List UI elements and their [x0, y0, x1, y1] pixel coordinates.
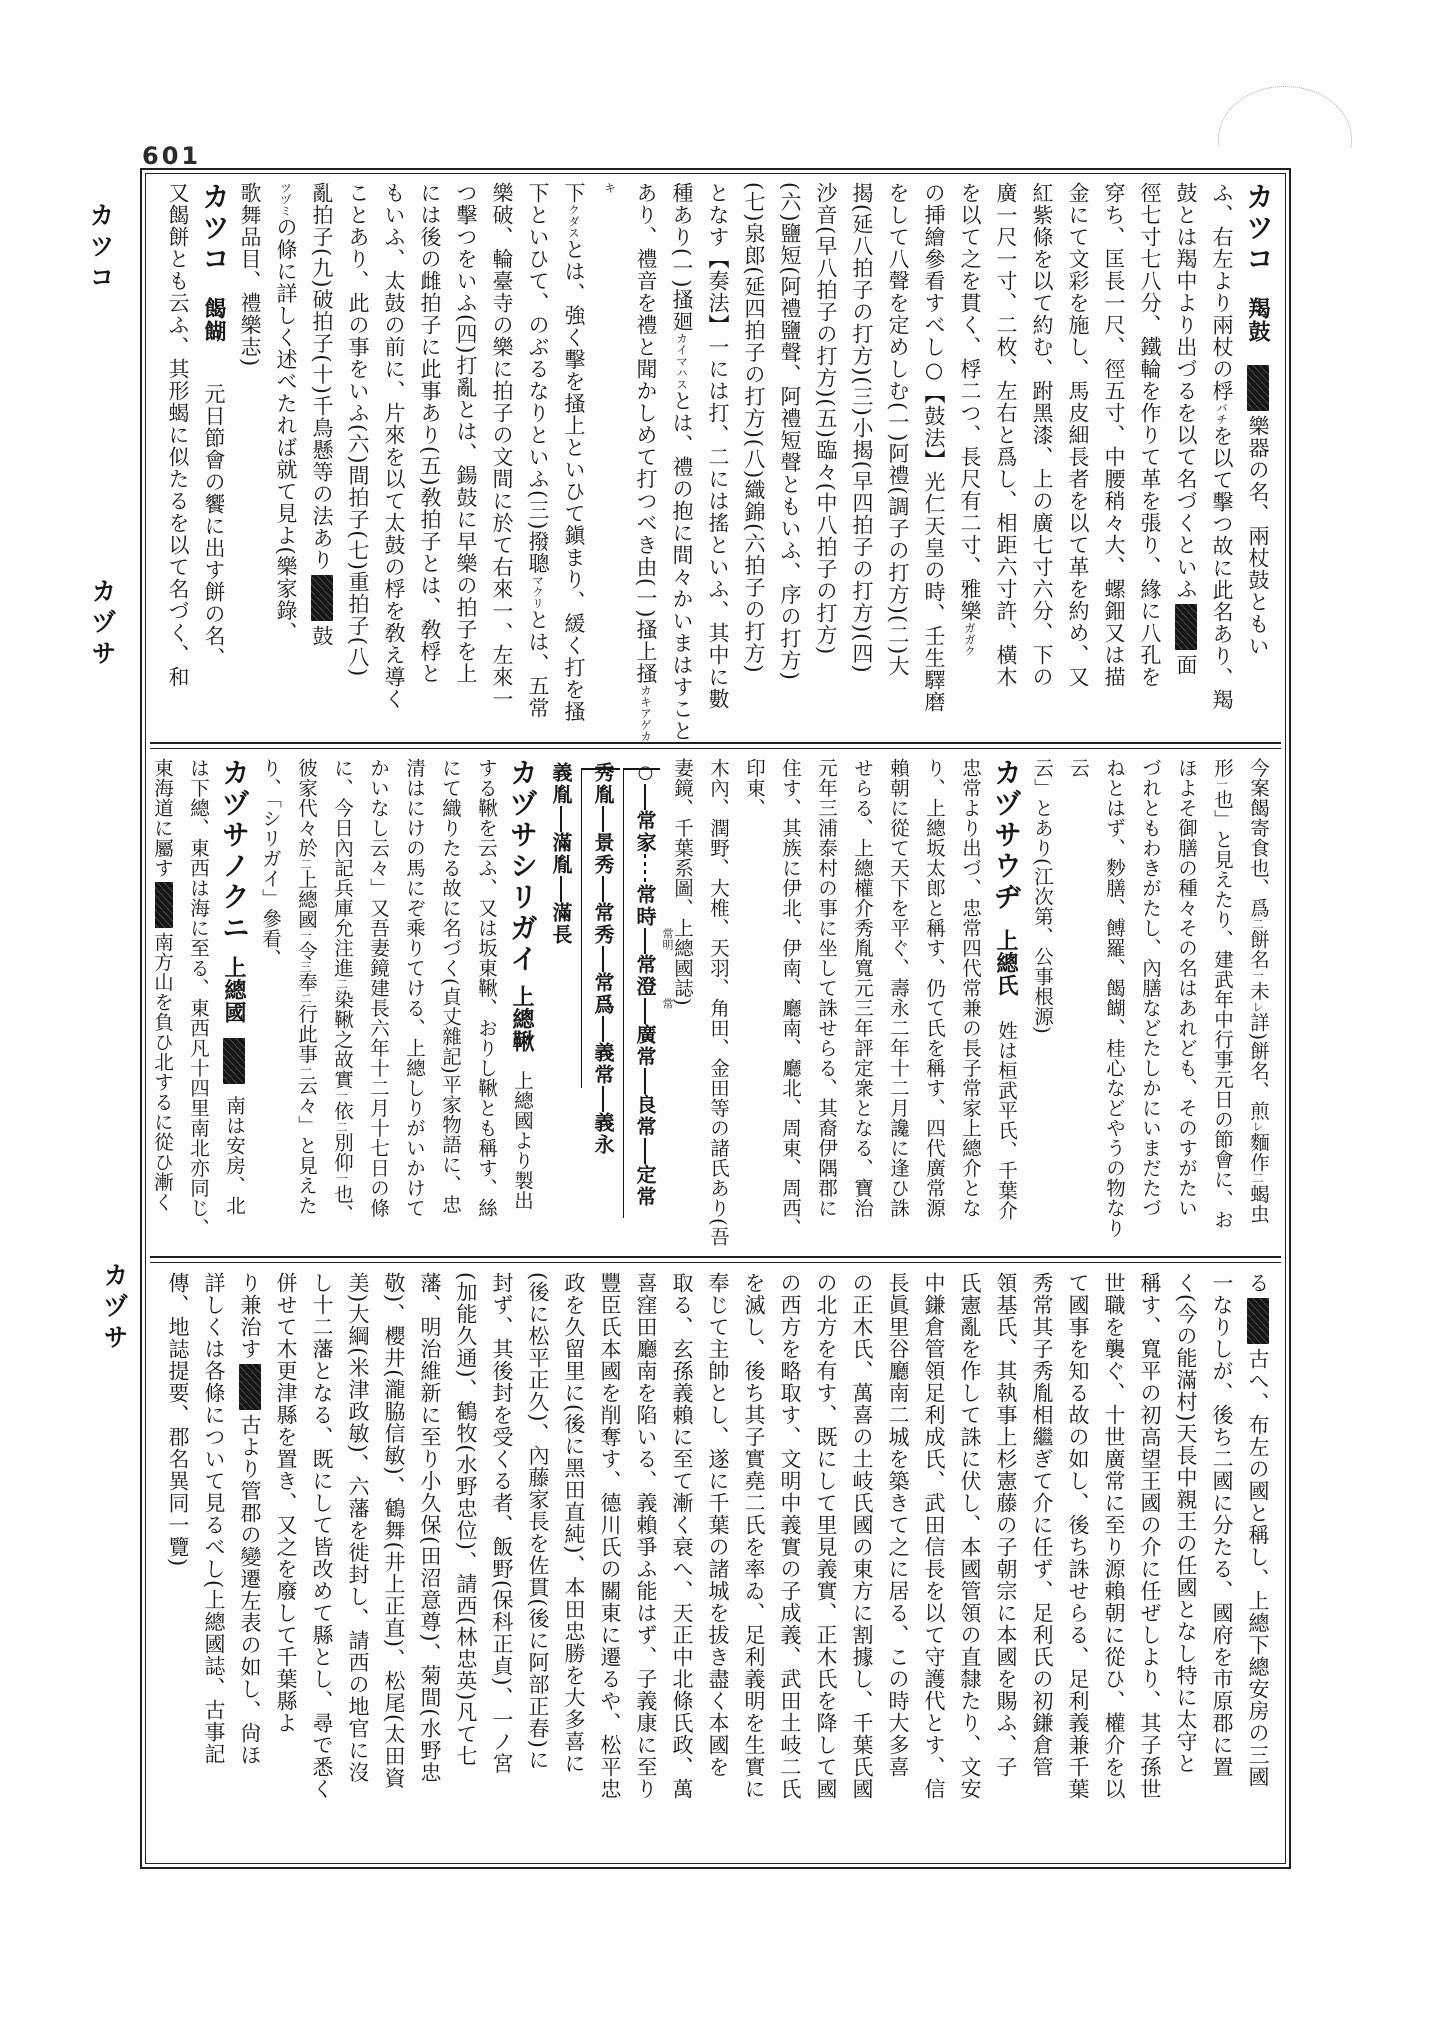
text-column: 取る、玄孫義賴に至て漸く衰へ、天正中北條氏政、萬 [664, 1272, 700, 1854]
ruby-text: ガガク [963, 622, 977, 657]
body-text: 住す、其族に伊北、伊南、廳南、廳北、周東、周西、印東、 [743, 758, 802, 1238]
body-text: 樂器の名、兩杖鼓ともい [1246, 415, 1270, 657]
text-column: 歌舞品目、禮樂志) [232, 182, 268, 742]
body-text: る [1246, 1272, 1270, 1294]
body-text: かいなし云々」又吾妻鏡建長六年十二月十七日の條 [367, 758, 390, 1218]
scanned-dictionary-page: 601 カツコ カヅサ カヅサ カツコ羯鼓樂器の名、兩杖鼓ともいふ、右左より兩杖… [0, 0, 1440, 2023]
ruby-text: レ [1251, 1121, 1265, 1133]
body-text: 上總國より製出 [511, 1071, 534, 1211]
headword-kana: カツコ [198, 182, 231, 275]
inverted-reference-box [239, 1364, 261, 1410]
text-column: 又餲餅とも云ふ、其形蝎に似たるを以て名づく、和 [160, 182, 196, 742]
inverted-reference-box [155, 882, 173, 928]
body-text: 徑七寸七八分、鐵輪を作りて革を張り、緣に八孔を [1138, 182, 1162, 688]
genealogy-name: 常秀 [585, 902, 621, 946]
text-column: (七)泉郎(延四拍子の打方)(八)織錦(六拍子の打方) [736, 182, 772, 742]
ruby-text: カイマハス [675, 332, 689, 390]
text-column: ○常家常時常明常澄常廣常良常定常秀胤景秀常秀常爲義常義永義胤滿胤滿長 [540, 758, 664, 1254]
ruby-text: 二 [299, 858, 313, 870]
body-text: 豐臣氏本國を削奪す、德川氏の關東に遷るや、松平忠 [598, 1272, 622, 1800]
genealogy-name: 良常 [627, 1094, 663, 1138]
spacer [1005, 913, 1007, 929]
body-text: 南は安房、北 [223, 1096, 246, 1216]
body-text: の北方を有す、既にして里見義實、正木氏を降して國 [814, 1272, 838, 1800]
genealogy-connector-line [602, 1086, 604, 1112]
body-text: (七)泉郎(延四拍子の打方)(八)織錦(六拍子の打方) [742, 182, 766, 674]
headword-kanji: 餲餬 [201, 297, 227, 343]
body-text: 藩、明治維新に至り小久保(田沼意尊)、菊間(水野忠 [418, 1272, 442, 1784]
text-column: は下總、東西は海に至る、東西凡十四里南北亦同じ、 [180, 758, 216, 1254]
ruby-text: 二 [335, 1121, 349, 1133]
text-column: り、「シリガイ」參看、 [252, 758, 288, 1254]
body-text: 傳、地誌提要、郡名異同一覽) [166, 1272, 190, 1567]
genealogy-name: 義永 [585, 1112, 621, 1156]
genealogy-name: 景秀 [585, 832, 621, 876]
genealogy-name: 常時 [627, 884, 663, 928]
genealogy-connector-line [560, 806, 562, 832]
text-column: あり、禮音を禮と聞かしめて打つべき由(一)搔上搔カキアゲカキ [592, 182, 664, 742]
headword-kana: カヅサウヂ [990, 758, 1023, 913]
body-text: の條に詳しく述べたれば就て見よ(樂家錄、 [274, 217, 298, 644]
text-column: ねとはず、麨膳、餺羅、餲餬、桂心などやうの物なり云 [1060, 758, 1132, 1254]
genealogy-note: 常明 [649, 928, 685, 950]
ruby-text: クダス [567, 204, 581, 239]
headword-kanji: 上總鞦 [509, 985, 535, 1053]
ruby-text: 一 [1215, 778, 1229, 790]
body-text: 今案餲寄食也、爲 [1247, 758, 1270, 918]
text-column: (加能久通)、鶴牧(水野忠位)、請西(林忠英)凡て七 [448, 1272, 484, 1854]
text-column: 徑七寸七八分、鐵輪を作りて革を張り、緣に八孔を [1132, 182, 1168, 742]
text-column: をして八聲を定めしむ(一)阿禮(調子の打方)(二)大 [880, 182, 916, 742]
body-text: 中鎌倉管領足利成氏、武田信長を以て守護代とす、信 [922, 1272, 946, 1800]
body-text: は下總、東西は海に至る、東西凡十四里南北亦同じ、 [187, 758, 210, 1238]
text-column: 賴朝に從て天下を平ぐ、壽永二年十二月讒に逢ひ誅 [880, 758, 916, 1254]
text-column: り兼治す古より管郡の變遷左表の如し、尙ほ [232, 1272, 268, 1854]
body-text: 東海道に屬す [155, 758, 174, 878]
body-text: 也」と見えたり、建武年中行事元日の節會に、お [1211, 790, 1234, 1230]
text-column: 鼓とは羯中より出づるを以て名づくといふ面 [1168, 182, 1204, 742]
inverted-reference-box [311, 575, 333, 621]
text-column: 豐臣氏本國を削奪す、德川氏の關東に遷るや、松平忠 [592, 1272, 628, 1854]
text-column: 清はにけの馬にぞ乘りてける、上總しりがいかけて [396, 758, 432, 1254]
genealogy-start-mark: ○ [628, 762, 662, 784]
text-band-middle: 今案餲寄食也、爲二餅名一未レ詳)餅名、煎レ麵作二蝎虫形一也」と見えたり、建武年中… [155, 752, 1276, 1254]
ruby-text: 二 [335, 978, 349, 990]
body-text: 姓は桓武平氏、千葉介 [995, 1021, 1018, 1221]
text-column: 下といひて、のぶるなりといふ(三)撥聰マクリとは、五常 [520, 182, 556, 742]
body-text: 廣一尺一寸、二枚、左右と爲し、相距六寸許、橫木 [994, 182, 1018, 688]
genealogy-connector-line [644, 854, 646, 884]
ruby-text: レ [1251, 1001, 1265, 1013]
body-text: 紅紫條を以て約む、跗黑漆、上の廣七寸六分、下の [1030, 182, 1054, 688]
ruby-text: 二 [1251, 1172, 1265, 1184]
body-text: つ擊つをいふ(四)打亂とは、鍚鼓に早樂の拍子を上 [454, 182, 478, 684]
text-column: 穿ち、匡長一尺、徑五寸、中腰稍々大、螺鈿又は描 [1096, 182, 1132, 742]
text-column: 領基氏、其執事上杉憲藤の子朝宗に本國を賜ふ、子 [988, 1272, 1024, 1854]
text-column: く(今の能滿村)天長中親王の任國となし特に太守と [1168, 1272, 1204, 1854]
body-text: せらる、上總權介秀胤寬元三年評定衆となる、寶治 [851, 758, 874, 1218]
genealogy-name: 義胤 [543, 762, 579, 806]
genealogy-name: 定常 [627, 1164, 663, 1208]
genealogy-connector-line [644, 784, 646, 810]
body-text: 形 [1211, 758, 1234, 778]
text-column: 忠常より出づ、忠常四代常兼の長子常家上總介とな [952, 758, 988, 1254]
text-column: (六)鹽短(阿禮鹽聲、阿禮短聲ともいふ、序の打方) [772, 182, 808, 742]
body-text: り、「シリガイ」參看、 [259, 758, 282, 968]
text-column: 奉じて主帥とし、遂に千葉の諸城を拔き盡く本國を [700, 1272, 736, 1854]
text-column: の北方を有す、既にして里見義實、正木氏を降して國 [808, 1272, 844, 1854]
body-text: 一なりしが、後ち二國に分たる、國府を市原郡に置 [1210, 1272, 1234, 1778]
text-column: 稱す、寬平の初高望王國の介に任ぜしより、其子孫世 [1132, 1272, 1168, 1854]
text-column: 詳しくは各條について見るべし(上總國誌、古事記 [196, 1272, 232, 1854]
body-text: 下 [562, 182, 586, 204]
text-column: の挿繪參看すべし○【鼓法】光仁天皇の時、壬生驛磨 [916, 182, 952, 742]
body-text: に、今日內記兵庫允注進 [331, 758, 354, 978]
spacer [213, 343, 215, 383]
text-column: 中鎌倉管領足利成氏、武田信長を以て守護代とす、信 [916, 1272, 952, 1854]
ruby-text: 二 [1251, 918, 1265, 930]
body-text: あり、禮音を禮と聞かしめて打つべき由(一)搔上搔 [634, 182, 658, 684]
genealogy-name: 滿長 [543, 902, 579, 946]
body-text: 亂拍子(九)破拍子(十)千鳥懸等の法あり [310, 182, 334, 571]
genealogy-name: 滿胤 [543, 832, 579, 876]
body-text: 依 [331, 1101, 354, 1121]
genealogy-chart: ○常家常時常明常澄常廣常良常定常秀胤景秀常秀常爲義常義永義胤滿胤滿長 [540, 758, 664, 1230]
headword-kana: カヅサシリガイ [506, 758, 539, 975]
body-text: 敬)、櫻井(瀧脇信敏)、鶴舞(井上正直)、松尾(太田資 [382, 1272, 406, 1789]
genealogy-note: 常 [649, 998, 685, 1009]
body-text: づれともわきがたし、內膳などたしかにいまだたづ [1139, 758, 1162, 1218]
text-column: かいなし云々」又吾妻鏡建長六年十二月十七日の條 [360, 758, 396, 1254]
text-column: 云」とあり(江次第、公事根源) [1024, 758, 1060, 1254]
body-text: 下といひて、のぶるなりといふ(三)撥聰 [526, 182, 550, 574]
spacer [233, 1024, 235, 1034]
spacer [213, 275, 215, 297]
text-column: ツヅミの條に詳しく述べたれば就て見よ(樂家錄、 [268, 182, 304, 742]
body-text: 元日節會の饗に出す餅の名、 [202, 383, 226, 669]
headword-kana: カヅサノクニ [218, 758, 251, 944]
ruby-text: 一 [335, 1090, 349, 1102]
text-column: り、上總坂太郎と稱す、仍て氏を稱す、四代廣常源 [916, 758, 952, 1254]
inverted-reference-box [1247, 365, 1269, 411]
genealogy-lineage-column: 秀胤景秀常秀常爲義常義永 [584, 762, 622, 1156]
body-text: ふ、右左より兩杖の桴 [1210, 182, 1234, 402]
genealogy-connector-line [644, 1138, 646, 1164]
body-text: 木內、潤野、大椎、天羽、角田、金田等の諸氏あり(吾 [707, 758, 730, 1246]
body-text: 氏憲亂を作して誅に伏し、本國管領の直隸たり、文安 [958, 1272, 982, 1800]
body-text: の挿繪參看すべし○【鼓法】光仁天皇の時、壬生驛磨 [922, 182, 946, 713]
text-column: 長眞里谷廳南二城を築きて之に居る、この時大多喜 [880, 1272, 916, 1854]
text-column: 形一也」と見えたり、建武年中行事元日の節會に、お [1204, 758, 1240, 1254]
body-text: て國事を知る故の如し、後ち誅せらる、足利義兼千葉 [1066, 1272, 1090, 1800]
text-column: 藩、明治維新に至り小久保(田沼意尊)、菊間(水野忠 [412, 1272, 448, 1854]
text-column: の西方を略取す、文明中義實の子成義、武田土岐二氏 [772, 1272, 808, 1854]
genealogy-connector-line [644, 1068, 646, 1094]
text-column: 一なりしが、後ち二國に分たる、國府を市原郡に置 [1204, 1272, 1240, 1854]
body-text: 麵作 [1247, 1132, 1270, 1172]
genealogy-connector-line [602, 876, 604, 902]
ruby-text: 二 [299, 993, 313, 1005]
body-text: 餅名 [1247, 930, 1270, 970]
ruby-text: ツヅミ [279, 182, 293, 217]
body-text: 古へ、布左の國と稱し、上總下總安房の三國 [1246, 1348, 1270, 1788]
margin-guide-label: カヅサ [84, 578, 120, 671]
text-column: には後の雌拍子に此事あり(五)敎拍子とは、敎桴と [412, 182, 448, 742]
genealogy-connector-line [623, 768, 625, 1218]
page-border-frame-inner: カツコ羯鼓樂器の名、兩杖鼓ともいふ、右左より兩杖の桴バチを以て擊つ故に此名あり、… [145, 173, 1286, 1864]
body-text: 忠常より出づ、忠常四代常兼の長子常家上總介とな [959, 758, 982, 1218]
ruby-text: 三 [299, 961, 313, 973]
genealogy-name: 秀胤 [585, 762, 621, 806]
body-text: ねとはず、麨膳、餺羅、餲餬、桂心などやうの物なり云 [1067, 758, 1126, 1238]
ruby-text: 一 [299, 930, 313, 942]
spacer [1257, 275, 1259, 297]
body-text: にて織りたる故に名づく(貞丈雜記)平家物語に、忠 [439, 758, 462, 1214]
text-column: 元年三浦泰村の事に坐して誅せらる、其裔伊隅郡に [808, 758, 844, 1254]
spacer [233, 1088, 235, 1096]
body-text: とは、強く擊を搔上といひて鎭まり、緩く打を搔 [562, 239, 586, 723]
text-column: にて織りたる故に名づく(貞丈雜記)平家物語に、忠 [432, 758, 468, 1254]
body-text: 歌舞品目、禮樂志) [238, 182, 262, 367]
ruby-text: 一 [335, 1173, 349, 1185]
genealogy-connector-line [581, 768, 583, 1088]
genealogy-connector-line: 常 [644, 998, 646, 1024]
text-column: 敬)、櫻井(瀧脇信敏)、鶴舞(井上正直)、松尾(太田資 [376, 1272, 412, 1854]
genealogy-lineage-column: 義胤滿胤滿長 [542, 762, 580, 946]
body-text: 妻鏡、千葉系圖、上總國誌) [671, 758, 694, 1006]
body-text: をして八聲を定めしむ(一)阿禮(調子の打方)(二)大 [886, 182, 910, 677]
body-text: とは、五常 [526, 609, 550, 719]
body-text: 揭(延八拍子の打方)(三)小揭(早四拍子の打方)(四) [850, 182, 874, 674]
text-column: カヅサシリガイ上總鞦上總國より製出 [504, 758, 540, 1254]
spacer [233, 944, 235, 956]
body-text: 古より管郡の變遷左表の如し、尙ほ [238, 1414, 262, 1766]
genealogy-name: 常澄 [627, 954, 663, 998]
body-text: 金にて文彩を施し、馬皮細長者を以て革を約め、又 [1066, 182, 1090, 688]
body-text: 沙音(早八拍子の打方)(五)臨々(中八拍子の打方) [814, 182, 838, 655]
body-text: 云々」と見えた [295, 1076, 318, 1216]
text-column: もいふ、太鼓の前に、片來を以て太鼓の桴を敎え導く [376, 182, 412, 742]
band-divider-rule [150, 1256, 1281, 1263]
spacer [521, 975, 523, 985]
body-text: を以て之を貫く、桴二つ、長尺有二寸、雅樂 [958, 182, 982, 622]
ruby-text: バチ [1215, 402, 1229, 425]
body-text: の西方を略取す、文明中義實の子成義、武田土岐二氏 [778, 1272, 802, 1800]
body-text: 面 [1174, 654, 1198, 676]
text-column: に、今日內記兵庫允注進二染鞦之故實一依二別仰一也、 [324, 758, 360, 1254]
text-column: 世職を襲ぐ、十世廣常に至り源賴朝に從ひ、權介を以 [1096, 1272, 1132, 1854]
text-column: て國事を知る故の如し、後ち誅せらる、足利義兼千葉 [1060, 1272, 1096, 1854]
text-column: 住す、其族に伊北、伊南、廳南、廳北、周東、周西、印東、 [736, 758, 808, 1254]
text-column: 彼家代々於二上總國一令三奉二行此事一云々」と見えた [288, 758, 324, 1254]
headword-kana: カツコ [1242, 182, 1275, 275]
text-column: 封ず、其後封を受くる者、飯野(保科正貞)、一ノ宮 [484, 1272, 520, 1854]
body-text: 封ず、其後封を受くる者、飯野(保科正貞)、一ノ宮 [490, 1272, 514, 1774]
body-text: とは、禮の抱に間々かいまはすこと [670, 390, 694, 742]
text-column: カツコ餲餬元日節會の饗に出す餅の名、 [196, 182, 232, 742]
body-text: 種あり(一)搔廻 [670, 182, 694, 332]
body-text: 奉 [295, 973, 318, 993]
body-text: 長眞里谷廳南二城を築きて之に居る、この時大多喜 [886, 1272, 910, 1778]
genealogy-connector-line: 常明 [644, 928, 646, 954]
body-text: 樂破、輪臺寺の樂に拍子の文間に於て右來一、左來一 [490, 182, 514, 710]
inverted-reference-box [223, 1038, 245, 1084]
body-text: 鼓 [310, 625, 334, 647]
body-text: 喜窪田廳南を陷いる、義賴爭ふ能はず、子義康に至り [634, 1272, 658, 1800]
body-text: 上總國 [295, 870, 318, 930]
body-text: 領基氏、其執事上杉憲藤の子朝宗に本國を賜ふ、子 [994, 1272, 1018, 1778]
page-border-frame: カツコ羯鼓樂器の名、兩杖鼓ともいふ、右左より兩杖の桴バチを以て擊つ故に此名あり、… [140, 168, 1291, 1869]
text-column: 今案餲寄食也、爲二餅名一未レ詳)餅名、煎レ麵作二蝎虫 [1240, 758, 1276, 1254]
text-column: ふ、右左より兩杖の桴バチを以て擊つ故に此名あり、羯 [1204, 182, 1240, 742]
text-column: 樂破、輪臺寺の樂に拍子の文間に於て右來一、左來一 [484, 182, 520, 742]
body-text: ほよそ御膳の種々その名はあれども、そのすがたい [1175, 758, 1198, 1218]
inverted-reference-box [1175, 604, 1197, 650]
body-text: 奉じて主帥とし、遂に千葉の諸城を拔き盡く本國を [706, 1272, 730, 1778]
body-text: 美)大綱(米津政敏)、六藩を徙封し、請西の地官に沒 [346, 1272, 370, 1784]
text-column: つ擊つをいふ(四)打亂とは、鍚鼓に早樂の拍子を上 [448, 182, 484, 742]
body-text: の正木氏、萬喜の土岐氏國の東方に割據し、千葉氏國 [850, 1272, 874, 1800]
text-column: 喜窪田廳南を陷いる、義賴爭ふ能はず、子義康に至り [628, 1272, 664, 1854]
spacer [1257, 343, 1259, 361]
body-text: 賴朝に從て天下を平ぐ、壽永二年十二月讒に逢ひ誅 [887, 758, 910, 1218]
ruby-text: 一 [299, 1064, 313, 1076]
body-text: 元年三浦泰村の事に坐して誅せらる、其裔伊隅郡に [815, 758, 838, 1218]
body-text: (六)鹽短(阿禮鹽聲、阿禮短聲ともいふ、序の打方) [778, 182, 802, 681]
page-number: 601 [142, 142, 201, 170]
text-column: カヅサノクニ上總國南は安房、北 [216, 758, 252, 1254]
body-text: する鞦を云ふ、又は坂東鞦、おりし鞦とも稱す、絲 [475, 758, 498, 1218]
text-column: 種あり(一)搔廻カイマハスとは、禮の抱に間々かいまはすこと [664, 182, 700, 742]
text-column: 沙音(早八拍子の打方)(五)臨々(中八拍子の打方) [808, 182, 844, 742]
body-text: 詳)餅名、煎 [1247, 1013, 1270, 1121]
genealogy-name: 常爲 [585, 972, 621, 1016]
body-text: り、上總坂太郎と稱す、仍て氏を稱す、四代廣常源 [923, 758, 946, 1218]
text-column: となす【奏法】一には打、二には搖といふ、其中に數 [700, 182, 736, 742]
headword-kanji: 上總國 [221, 956, 247, 1024]
text-column: カヅサウヂ上總氏姓は桓武平氏、千葉介 [988, 758, 1024, 1254]
text-column: し十二藩となる、既にして皆改めて縣とし、尋で悉く [304, 1272, 340, 1854]
text-column: 傳、地誌提要、郡名異同一覽) [160, 1272, 196, 1854]
body-text: く(今の能滿村)天長中親王の任國となし特に太守と [1174, 1272, 1198, 1774]
body-text: 令 [295, 941, 318, 961]
headword-kanji: 上總氏 [993, 929, 1019, 997]
body-text: となす【奏法】一には打、二には搖といふ、其中に數 [706, 182, 730, 710]
text-column: 名抄に、餲餅、四聲字苑云、餲(音與レ蝎同、俗云餲餬、 [155, 182, 160, 742]
body-text: 未 [1247, 981, 1270, 1001]
body-text: 稱す、寬平の初高望王國の介に任ぜしより、其子孫世 [1138, 1272, 1162, 1800]
text-column: 政を久留里に(後に黑田直純)、本田忠勝を大多喜に [556, 1272, 592, 1854]
genealogy-connector-line [602, 806, 604, 832]
text-column: 廣一尺一寸、二枚、左右と爲し、相距六寸許、橫木 [988, 182, 1024, 742]
text-column: 併せて木更津縣を置き、又之を廢して千葉縣よ [268, 1272, 304, 1854]
text-column: る古へ、布左の國と稱し、上總下總安房の三國 [1240, 1272, 1276, 1854]
spacer [521, 1053, 523, 1071]
body-text: 取る、玄孫義賴に至て漸く衰へ、天正中北條氏政、萬 [670, 1272, 694, 1800]
ruby-text: マクリ [531, 574, 545, 609]
body-text: 云」とあり(江次第、公事根源) [1031, 758, 1054, 1034]
genealogy-lineage-column: ○常家常時常明常澄常廣常良常定常 [626, 762, 664, 1208]
band-divider-rule [150, 742, 1281, 749]
body-text: 也、 [331, 1184, 354, 1224]
genealogy-connector-line [560, 876, 562, 902]
genealogy-connector-line [602, 946, 604, 972]
body-text: 世職を襲ぐ、十世廣常に至り源賴朝に從ひ、權介を以 [1102, 1272, 1126, 1800]
body-text: 又餲餅とも云ふ、其形蝎に似たるを以て名づく、和 [166, 182, 190, 688]
body-text: 清はにけの馬にぞ乘りてける、上總しりがいかけて [403, 758, 426, 1218]
ruby-text: 一 [1251, 970, 1265, 982]
text-column: 美)大綱(米津政敏)、六藩を徙封し、請西の地官に沒 [340, 1272, 376, 1854]
headword-kanji: 羯鼓 [1245, 297, 1271, 343]
text-column: の正木氏、萬喜の土岐氏國の東方に割據し、千葉氏國 [844, 1272, 880, 1854]
body-text: もいふ、太鼓の前に、片來を以て太鼓の桴を敎え導く [382, 182, 406, 710]
text-column: 亂拍子(九)破拍子(十)千鳥懸等の法あり鼓 [304, 182, 340, 742]
genealogy-name: 義常 [585, 1042, 621, 1086]
body-text: 染鞦之故實 [331, 990, 354, 1090]
body-text: には後の雌拍子に此事あり(五)敎拍子とは、敎桴と [418, 182, 442, 684]
body-text: し十二藩となる、既にして皆改めて縣とし、尋で悉く [310, 1272, 334, 1800]
body-text: 蝎虫 [1247, 1184, 1270, 1224]
margin-guide-label: カツコ [82, 202, 118, 295]
genealogy-name: 常家 [627, 810, 663, 854]
body-text: 南方山を負ひ北するに從ひ漸く [155, 932, 174, 1212]
text-column: を以て之を貫く、桴二つ、長尺有二寸、雅樂ガガク [952, 182, 988, 742]
text-column: する鞦を云ふ、又は坂東鞦、おりし鞦とも稱す、絲 [468, 758, 504, 1254]
body-text: 別仰 [331, 1133, 354, 1173]
text-column: カツコ羯鼓樂器の名、兩杖鼓ともい [1240, 182, 1276, 742]
body-text: 併せて木更津縣を置き、又之を廢して千葉縣よ [274, 1272, 298, 1734]
text-column: 紅紫條を以て約む、跗黑漆、上の廣七寸六分、下の [1024, 182, 1060, 742]
text-band-top: カツコ羯鼓樂器の名、兩杖鼓ともいふ、右左より兩杖の桴バチを以て擊つ故に此名あり、… [155, 176, 1276, 742]
text-column: 金にて文彩を施し、馬皮細長者を以て革を約め、又 [1060, 182, 1096, 742]
body-text: 詳しくは各條について見るべし(上總國誌、古事記 [202, 1272, 226, 1765]
genealogy-name: 廣常 [627, 1024, 663, 1068]
text-column: 東海道に屬す南方山を負ひ北するに從ひ漸く [155, 758, 180, 1254]
text-column: ほよそ御膳の種々その名はあれども、そのすがたい [1168, 758, 1204, 1254]
body-text: (後に松平正久)、內藤家長を佐貫(後に阿部正春)に [526, 1272, 550, 1771]
text-column: 氏憲亂を作して誅に伏し、本國管領の直隸たり、文安 [952, 1272, 988, 1854]
body-text: を滅し、後ち其子實堯二氏を率ゐ、足利義明を生實に [742, 1272, 766, 1800]
text-column: 秀常其子秀胤相繼ぎて介に任ず、足利氏の初鎌倉管 [1024, 1272, 1060, 1854]
body-text: ことあり、此の事をいふ(六)間拍子(七)重拍子(八) [346, 182, 370, 677]
body-text: を以て擊つ故に此名あり、羯 [1210, 425, 1234, 711]
body-text: 鼓とは羯中より出づるを以て名づくといふ [1174, 182, 1198, 600]
text-band-bottom: る古へ、布左の國と稱し、上總下總安房の三國一なりしが、後ち二國に分たる、國府を市… [155, 1266, 1276, 1854]
body-text: り兼治す [238, 1272, 262, 1360]
text-column: 木內、潤野、大椎、天羽、角田、金田等の諸氏あり(吾 [700, 758, 736, 1254]
body-text: 穿ち、匡長一尺、徑五寸、中腰稍々大、螺鈿又は描 [1102, 182, 1126, 688]
text-column: せらる、上總權介秀胤寬元三年評定衆となる、寶治 [844, 758, 880, 1254]
spacer [1005, 997, 1007, 1021]
text-column: づれともわきがたし、內膳などたしかにいまだたづ [1132, 758, 1168, 1254]
text-column: ことあり、此の事をいふ(六)間拍子(七)重拍子(八) [340, 182, 376, 742]
margin-guide-label: カヅサ [96, 1262, 132, 1355]
body-text: 政を久留里に(後に黑田直純)、本田忠勝を大多喜に [562, 1272, 586, 1774]
body-text: 彼家代々於 [295, 758, 318, 858]
text-column: 下クダスとは、強く擊を搔上といひて鎭まり、緩く打を搔 [556, 182, 592, 742]
text-column: (後に松平正久)、內藤家長を佐貫(後に阿部正春)に [520, 1272, 556, 1854]
body-text: (加能久通)、鶴牧(水野忠位)、請西(林忠英)凡て七 [454, 1272, 478, 1767]
text-column: 揭(延八拍子の打方)(三)小揭(早四拍子の打方)(四) [844, 182, 880, 742]
body-text: 秀常其子秀胤相繼ぎて介に任ず、足利氏の初鎌倉管 [1030, 1272, 1054, 1778]
genealogy-connector-line [602, 1016, 604, 1042]
inverted-reference-box [1247, 1298, 1269, 1344]
body-text: 行此事 [295, 1004, 318, 1064]
text-column: を滅し、後ち其子實堯二氏を率ゐ、足利義明を生實に [736, 1272, 772, 1854]
